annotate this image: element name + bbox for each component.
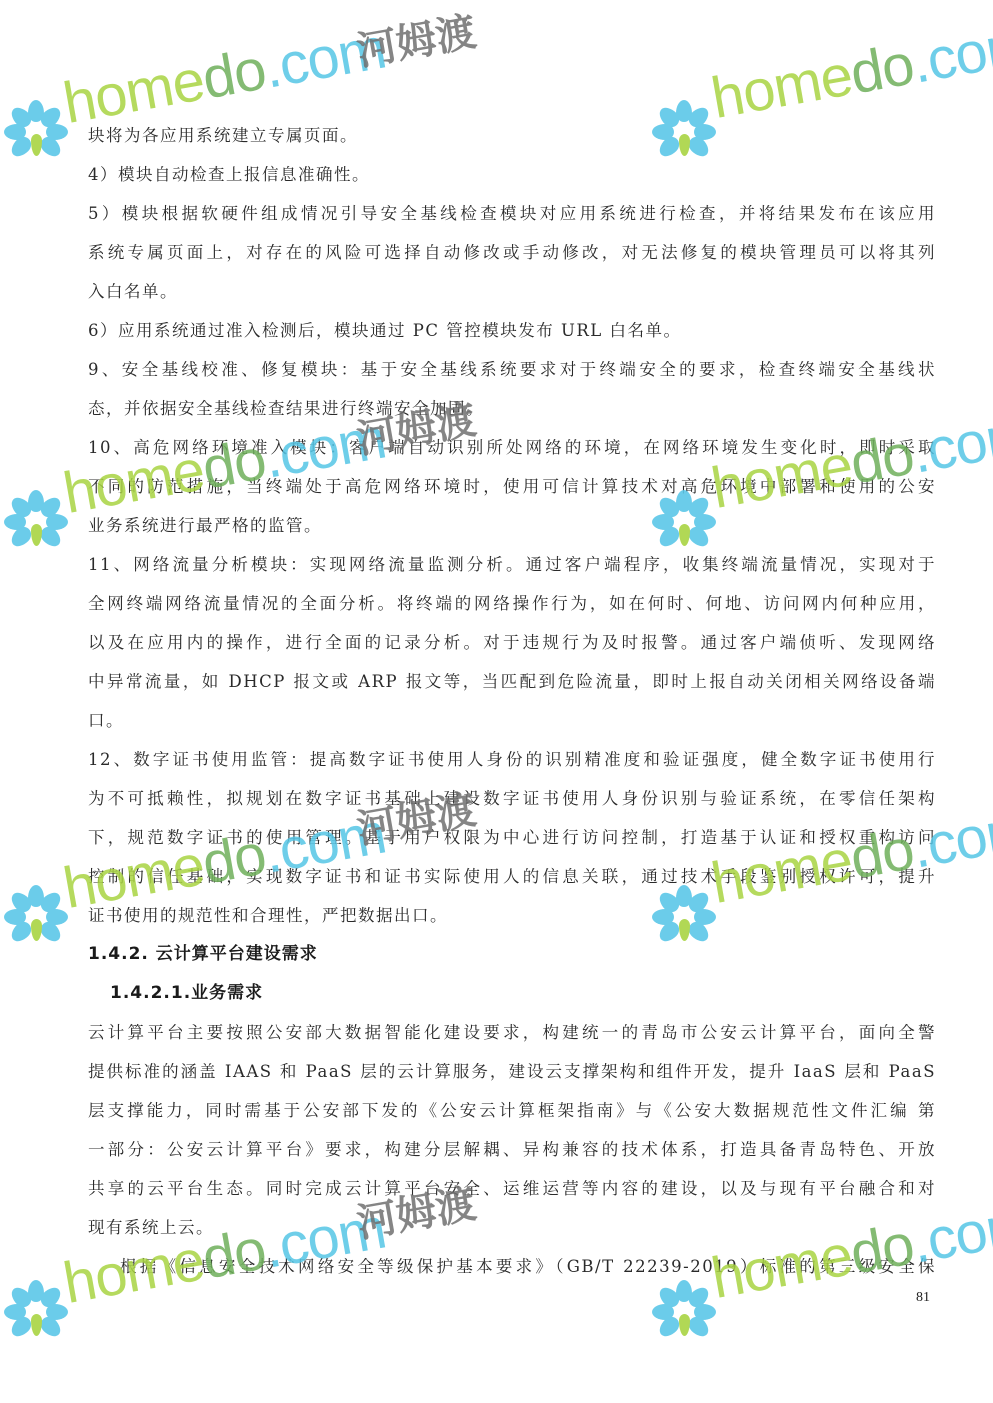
paragraph-line: 系统专属页面上，对存在的风险可选择自动修改或手动修改，对无法修复的模块管理员可以… bbox=[88, 233, 936, 272]
flower-logo-icon bbox=[4, 100, 68, 164]
page-number: 81 bbox=[916, 1290, 930, 1306]
paragraph-line: 共享的云平台生态。同时完成云计算平台安全、运维运营等内容的建设，以及与现有平台融… bbox=[88, 1169, 936, 1208]
paragraph-line: 现有系统上云。 bbox=[88, 1208, 936, 1247]
watermark-cn: 河姆渡 bbox=[356, 10, 476, 67]
paragraph-line: 控制的信任基础，实现数字证书和证书实际使用人的信息关联，通过技术手段鉴别授权许可… bbox=[88, 857, 936, 896]
document-body: 块将为各应用系统建立专属页面。 4）模块自动检查上报信息准确性。 5）模块根据软… bbox=[88, 116, 936, 1286]
paragraph-line: 9、安全基线校准、修复模块：基于安全基线系统要求对于终端安全的要求，检查终端安全… bbox=[88, 350, 936, 389]
watermark-logo bbox=[652, 1280, 716, 1344]
section-heading: 1.4.2. 云计算平台建设需求 bbox=[88, 935, 936, 974]
paragraph-line: 11、网络流量分析模块：实现网络流量监测分析。通过客户端程序，收集终端流量情况，… bbox=[88, 545, 936, 584]
paragraph-line: 以及在应用内的操作，进行全面的记录分析。对于违规行为及时报警。通过客户端侦听、发… bbox=[88, 623, 936, 662]
paragraph-line: 业务系统进行最严格的监管。 bbox=[88, 506, 936, 545]
watermark-logo bbox=[4, 885, 68, 949]
paragraph-line: 为不可抵赖性，拟规划在数字证书基础上建设数字证书使用人身份识别与验证系统，在零信… bbox=[88, 779, 936, 818]
paragraph-line: 下，规范数字证书的使用管理。基于用户权限为中心进行访问控制，打造基于认证和授权重… bbox=[88, 818, 936, 857]
watermark-logo bbox=[4, 490, 68, 554]
paragraph-line: 全网终端网络流量情况的全面分析。将终端的网络操作行为，如在何时、何地、访问网内何… bbox=[88, 584, 936, 623]
paragraph-line: 态，并依据安全基线检查结果进行终端安全加固。 bbox=[88, 389, 936, 428]
flower-logo-icon bbox=[4, 490, 68, 554]
paragraph-line: 不同的防范措施，当终端处于高危网络环境时，使用可信计算技术对高危环境中部署和使用… bbox=[88, 467, 936, 506]
paragraph-line: 口。 bbox=[88, 701, 936, 740]
paragraph-line: 层支撑能力，同时需基于公安部下发的《公安云计算框架指南》与《公安大数据规范性文件… bbox=[88, 1091, 936, 1130]
paragraph-line: 12、数字证书使用监管：提高数字证书使用人身份的识别精准度和验证强度，健全数字证… bbox=[88, 740, 936, 779]
flower-logo-icon bbox=[652, 1280, 716, 1344]
flower-logo-icon bbox=[4, 1280, 68, 1344]
paragraph-line: 根据《信息安全技术网络安全等级保护基本要求》（GB/T 22239-2019）标… bbox=[88, 1247, 936, 1286]
flower-logo-icon bbox=[4, 885, 68, 949]
paragraph-line: 10、高危网络环境准入模块：客户端自动识别所处网络的环境，在网络环境发生变化时，… bbox=[88, 428, 936, 467]
paragraph-line: 一部分：公安云计算平台》要求，构建分层解耦、异构兼容的技术体系，打造具备青岛特色… bbox=[88, 1130, 936, 1169]
paragraph-line: 入白名单。 bbox=[88, 272, 936, 311]
paragraph-line: 中异常流量，如 DHCP 报文或 ARP 报文等，当匹配到危险流量，即时上报自动… bbox=[88, 662, 936, 701]
document-page: 块将为各应用系统建立专属页面。 4）模块自动检查上报信息准确性。 5）模块根据软… bbox=[0, 0, 993, 1403]
paragraph-line: 提供标准的涵盖 IAAS 和 PaaS 层的云计算服务，建设云支撑架构和组件开发… bbox=[88, 1052, 936, 1091]
paragraph-line: 5）模块根据软硬件组成情况引导安全基线检查模块对应用系统进行检查，并将结果发布在… bbox=[88, 194, 936, 233]
subsection-heading: 1.4.2.1.业务需求 bbox=[88, 974, 936, 1013]
paragraph-line: 块将为各应用系统建立专属页面。 bbox=[88, 116, 936, 155]
paragraph-line: 证书使用的规范性和合理性，严把数据出口。 bbox=[88, 896, 936, 935]
paragraph-line: 4）模块自动检查上报信息准确性。 bbox=[88, 155, 936, 194]
watermark-logo bbox=[4, 1280, 68, 1344]
paragraph-line: 6）应用系统通过准入检测后，模块通过 PC 管控模块发布 URL 白名单。 bbox=[88, 311, 936, 350]
watermark-logo bbox=[4, 100, 68, 164]
paragraph-line: 云计算平台主要按照公安部大数据智能化建设要求，构建统一的青岛市公安云计算平台，面… bbox=[88, 1013, 936, 1052]
